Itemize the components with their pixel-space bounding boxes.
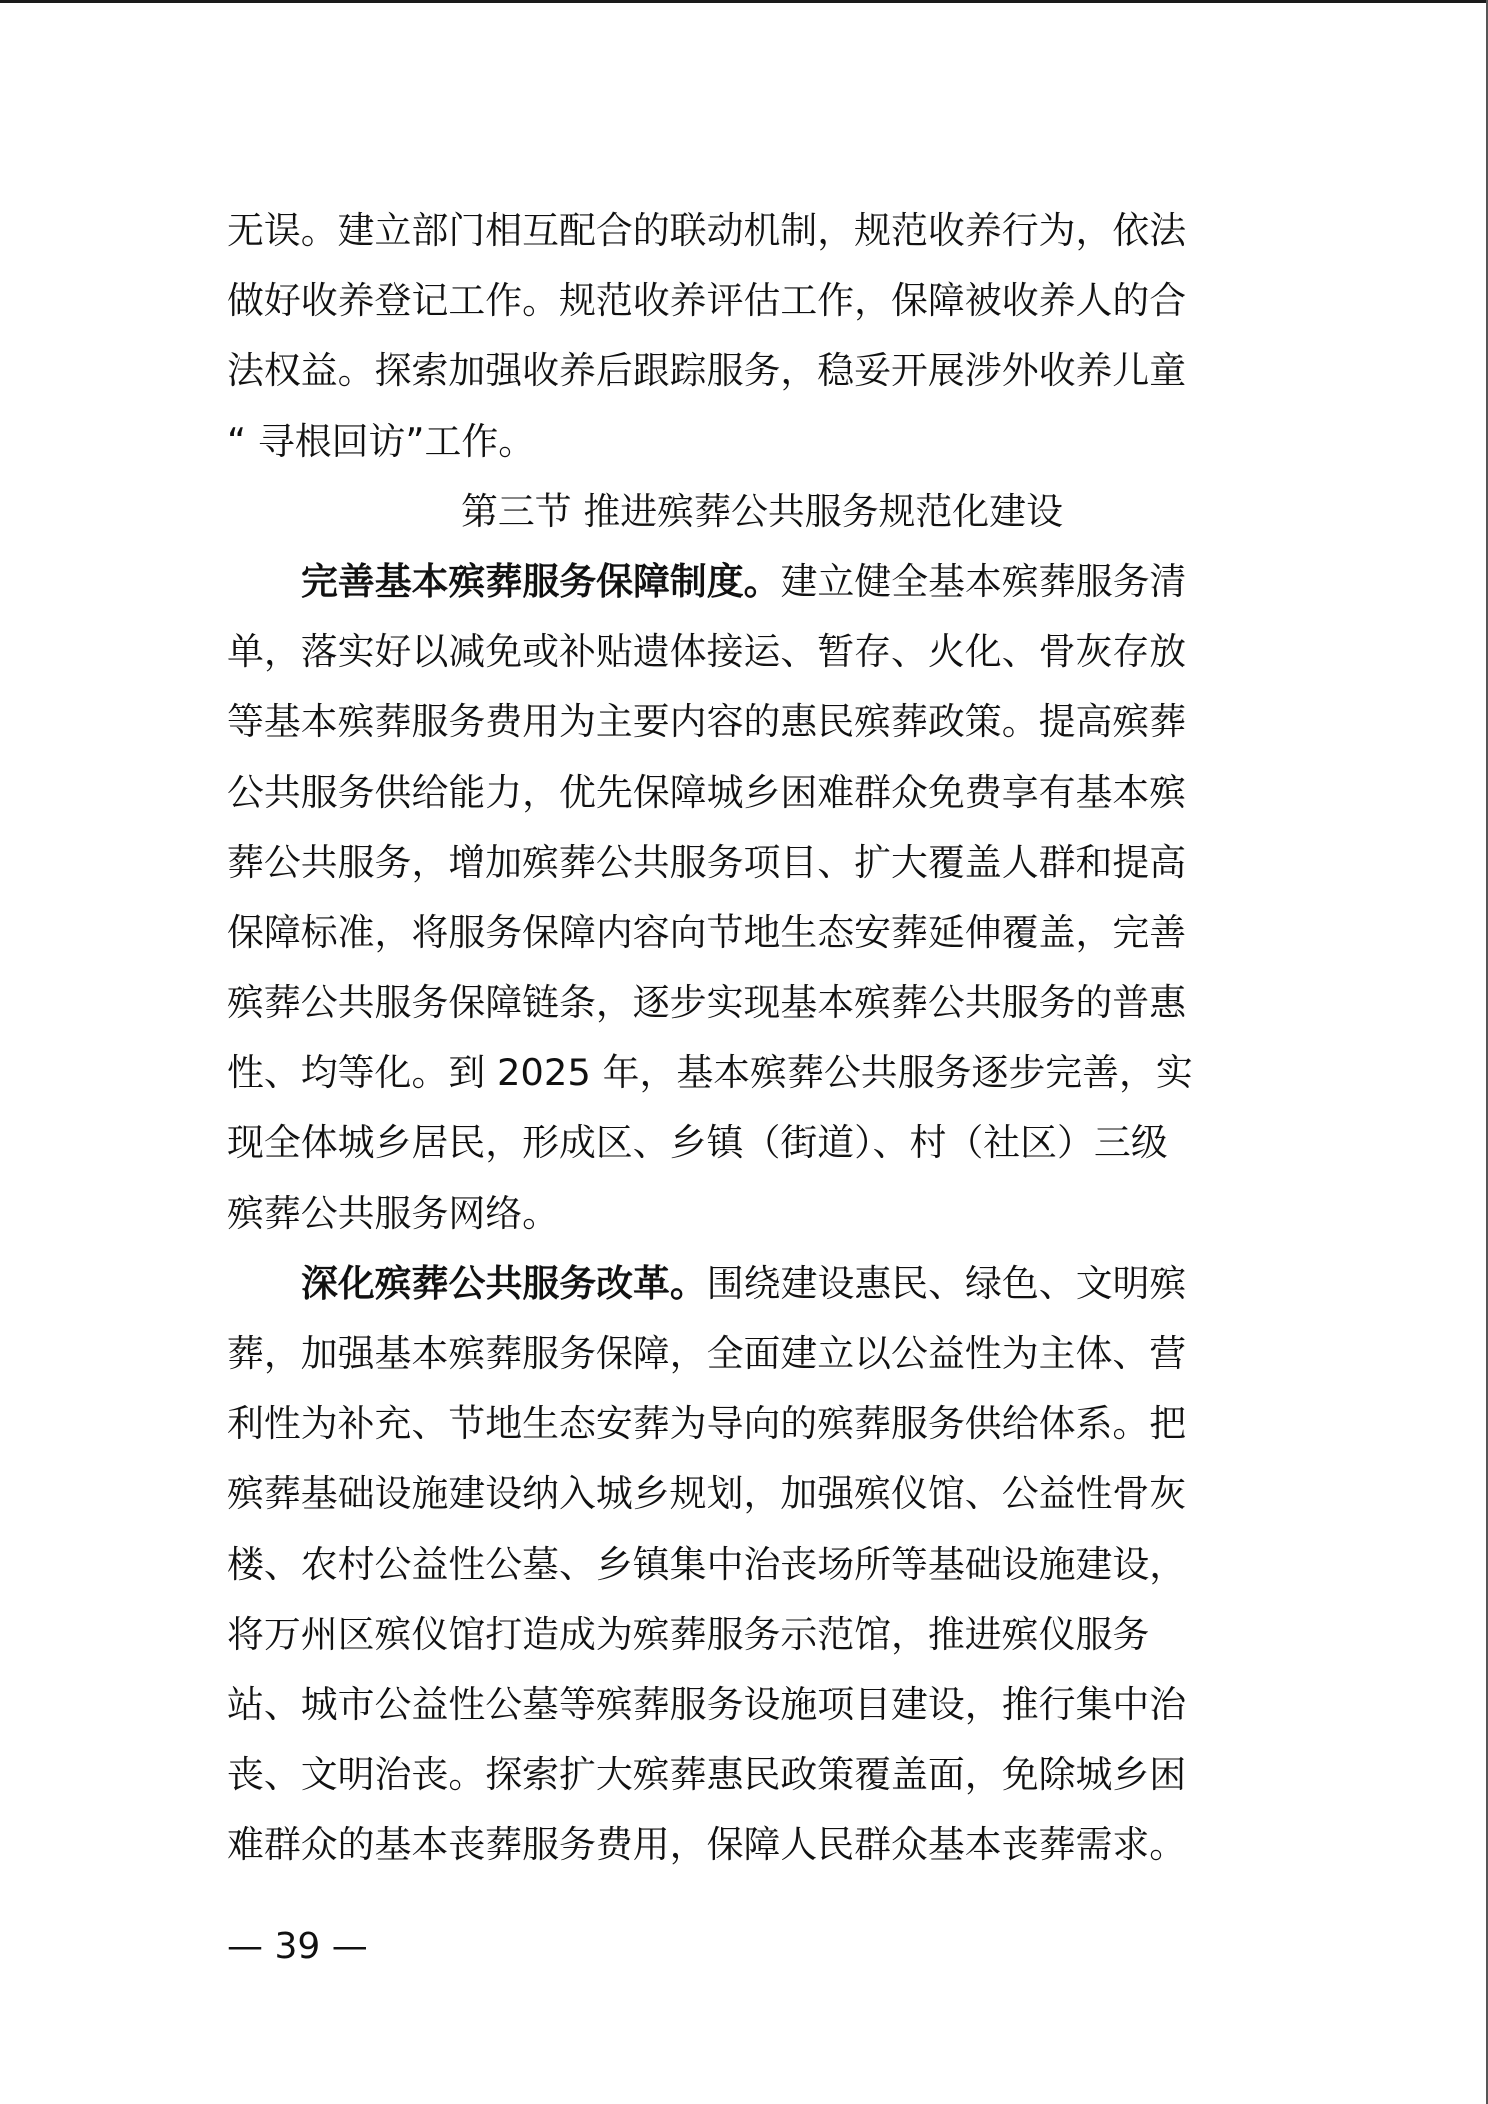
text-line: 无误。建立部门相互配合的联动机制，规范收养行为，依法: [227, 196, 1263, 266]
paragraph-lead-bold: 深化殡葬公共服务改革。: [301, 1262, 707, 1305]
section-heading: 第三节 推进殡葬公共服务规范化建设: [227, 477, 1263, 547]
text-line: 殡葬公共服务保障链条，逐步实现基本殡葬公共服务的普惠: [227, 968, 1263, 1038]
text-line: 公共服务供给能力，优先保障城乡困难群众免费享有基本殡: [227, 758, 1263, 828]
paragraph-basic-funeral-service: 完善基本殡葬服务保障制度。建立健全基本殡葬服务清 单，落实好以减免或补贴遗体接运…: [227, 547, 1263, 1249]
text-line: 殡葬公共服务网络。: [227, 1179, 1263, 1249]
text-line-first: 完善基本殡葬服务保障制度。建立健全基本殡葬服务清: [227, 547, 1263, 617]
text-line: 法权益。探索加强收养后跟踪服务，稳妥开展涉外收养儿童: [227, 336, 1263, 406]
text-line: 难群众的基本丧葬服务费用，保障人民群众基本丧葬需求。: [227, 1810, 1263, 1880]
text-line: 性、均等化。到 2025 年，基本殡葬公共服务逐步完善，实: [227, 1038, 1263, 1108]
text-line: 将万州区殡仪馆打造成为殡葬服务示范馆，推进殡仪服务: [227, 1600, 1263, 1670]
text-line: 殡葬基础设施建设纳入城乡规划，加强殡仪馆、公益性骨灰: [227, 1459, 1263, 1529]
text-line: 站、城市公益性公墓等殡葬服务设施项目建设，推行集中治: [227, 1670, 1263, 1740]
text-line: 单，落实好以减免或补贴遗体接运、暂存、火化、骨灰存放: [227, 617, 1263, 687]
text-line: 利性为补充、节地生态安葬为导向的殡葬服务供给体系。把: [227, 1389, 1263, 1459]
continued-paragraph: 无误。建立部门相互配合的联动机制，规范收养行为，依法 做好收养登记工作。规范收养…: [227, 196, 1263, 477]
text-line: 做好收养登记工作。规范收养评估工作，保障被收养人的合: [227, 266, 1263, 336]
document-page: 无误。建立部门相互配合的联动机制，规范收养行为，依法 做好收养登记工作。规范收养…: [227, 196, 1263, 1881]
paragraph-text: 建立健全基本殡葬服务清: [781, 560, 1187, 603]
page-top-border: [0, 0, 1488, 3]
text-line: 现全体城乡居民，形成区、乡镇（街道）、村（社区）三级: [227, 1108, 1263, 1178]
text-line-first: 深化殡葬公共服务改革。围绕建设惠民、绿色、文明殡: [227, 1249, 1263, 1319]
text-line: 等基本殡葬服务费用为主要内容的惠民殡葬政策。提高殡葬: [227, 687, 1263, 757]
text-line: 葬，加强基本殡葬服务保障，全面建立以公益性为主体、营: [227, 1319, 1263, 1389]
text-line: 葬公共服务，增加殡葬公共服务项目、扩大覆盖人群和提高: [227, 828, 1263, 898]
paragraph-text: 围绕建设惠民、绿色、文明殡: [707, 1262, 1187, 1305]
text-line: 保障标准，将服务保障内容向节地生态安葬延伸覆盖，完善: [227, 898, 1263, 968]
text-line: “ 寻根回访”工作。: [227, 407, 1263, 477]
text-line: 丧、文明治丧。探索扩大殡葬惠民政策覆盖面，免除城乡困: [227, 1740, 1263, 1810]
paragraph-lead-bold: 完善基本殡葬服务保障制度。: [301, 560, 781, 603]
paragraph-funeral-reform: 深化殡葬公共服务改革。围绕建设惠民、绿色、文明殡 葬，加强基本殡葬服务保障，全面…: [227, 1249, 1263, 1881]
page-number: — 39 —: [227, 1912, 368, 1982]
text-line: 楼、农村公益性公墓、乡镇集中治丧场所等基础设施建设，: [227, 1530, 1263, 1600]
